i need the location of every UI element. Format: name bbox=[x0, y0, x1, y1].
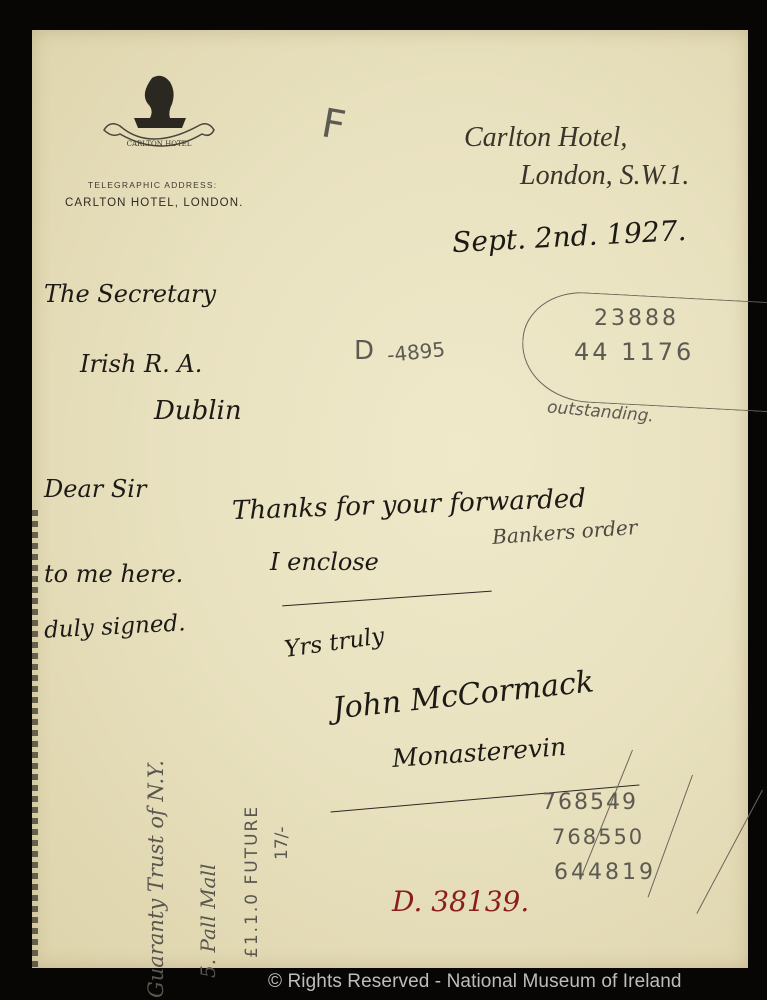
account-number-1: 23888 bbox=[594, 306, 679, 331]
body-line-1: Thanks for your forwarded bbox=[232, 484, 587, 526]
bankers-order-note: Bankers order bbox=[491, 515, 638, 549]
reference-prefix: D bbox=[354, 336, 374, 366]
account-number-2: 44 1176 bbox=[574, 338, 694, 366]
body-line-2b: I enclose bbox=[270, 548, 379, 576]
bottom-number-1: 768549 bbox=[542, 790, 638, 815]
letter-date: Sept. 2nd. 1927. bbox=[451, 214, 687, 259]
telegraphic-label: TELEGRAPHIC ADDRESS: bbox=[88, 180, 217, 190]
hotel-crest-icon: CARLTON HOTEL bbox=[94, 70, 224, 160]
salutation: Dear Sir bbox=[44, 475, 146, 503]
recipient-line-1: The Secretary bbox=[44, 280, 216, 308]
svg-text:CARLTON HOTEL: CARLTON HOTEL bbox=[127, 140, 192, 148]
engraved-hotel-city: London, S.W.1. bbox=[520, 160, 689, 192]
telegraphic-address: CARLTON HOTEL, LONDON. bbox=[65, 197, 243, 209]
recipient-line-3: Dublin bbox=[154, 396, 242, 426]
signature-place: Monasterevin bbox=[391, 732, 567, 773]
signature: John McCormack bbox=[331, 664, 596, 726]
copyright-footer: © Rights Reserved - National Museum of I… bbox=[268, 971, 682, 993]
margin-note-bank: Guaranty Trust of N.Y. bbox=[144, 760, 168, 998]
closing-stroke bbox=[282, 591, 492, 607]
recipient-line-2: Irish R. A. bbox=[80, 350, 202, 378]
margin-note-amount: 17/- bbox=[272, 827, 292, 861]
body-line-2: to me here. bbox=[44, 560, 183, 588]
top-pencil-mark: F bbox=[318, 100, 349, 149]
red-reference-number: D. 38139. bbox=[392, 885, 529, 918]
body-line-3: duly signed. bbox=[43, 610, 186, 643]
torn-edge bbox=[28, 510, 38, 970]
engraved-hotel-name: Carlton Hotel, bbox=[464, 122, 627, 154]
letter-paper: CARLTON HOTEL TELEGRAPHIC ADDRESS: CARLT… bbox=[32, 30, 748, 968]
closing: Yrs truly bbox=[283, 623, 386, 663]
margin-note-future: £1.1.0 FUTURE bbox=[242, 805, 262, 958]
reference-number: -4895 bbox=[386, 337, 446, 367]
margin-note-address: 5. Pall Mall bbox=[196, 864, 220, 978]
bottom-number-2: 768550 bbox=[552, 825, 644, 849]
bottom-number-3: 644819 bbox=[554, 860, 656, 885]
pencil-tick-3 bbox=[696, 790, 763, 914]
